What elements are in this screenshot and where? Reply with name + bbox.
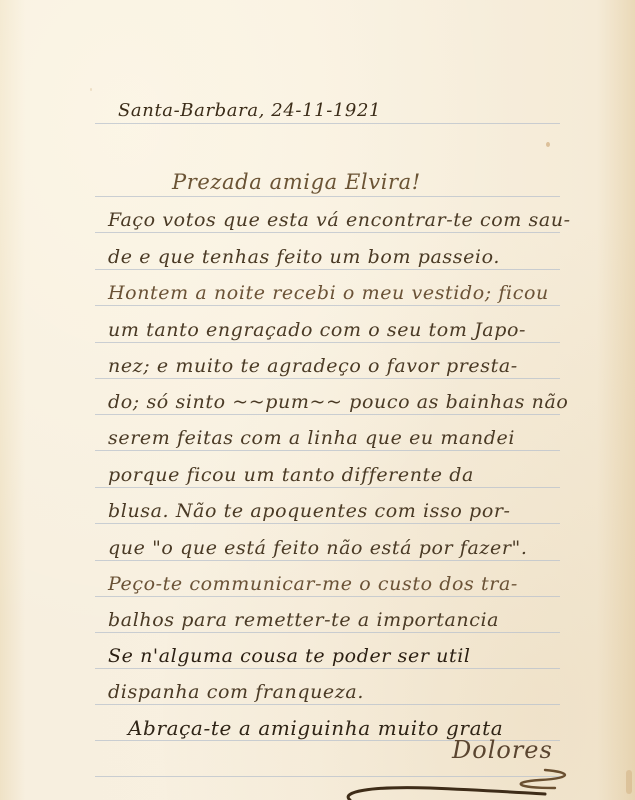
ruled-line xyxy=(95,196,560,197)
letter-body-line: Hontem a noite recebi o meu vestido; fic… xyxy=(108,281,578,305)
letter-body-line: balhos para remetter-te a importancia xyxy=(108,608,578,632)
ruled-line xyxy=(95,378,560,379)
ruled-line xyxy=(95,596,560,597)
ruled-line xyxy=(95,232,560,233)
ruled-line xyxy=(95,487,560,488)
signature-flourish-icon xyxy=(340,762,580,800)
letter-page: Santa-Barbara, 24-11-1921 Prezada amiga … xyxy=(0,0,635,800)
letter-body-line: porque ficou um tanto differente da xyxy=(108,463,578,487)
paper-stain xyxy=(90,88,92,91)
ruled-line xyxy=(95,123,560,124)
paper-stain xyxy=(626,770,632,794)
letter-date-heading: Santa-Barbara, 24-11-1921 xyxy=(118,99,588,123)
ruled-line xyxy=(95,668,560,669)
ruled-line xyxy=(95,560,560,561)
letter-body-line: que "o que está feito não está por fazer… xyxy=(108,536,578,560)
letter-body-line: do; só sinto ~~pum~~ pouco as bainhas nã… xyxy=(108,390,578,414)
ruled-line xyxy=(95,523,560,524)
ruled-line xyxy=(95,704,560,705)
letter-body-line: de e que tenhas feito um bom passeio. xyxy=(108,245,578,269)
letter-body-line: nez; e muito te agradeço o favor presta- xyxy=(108,354,578,378)
ruled-line xyxy=(95,450,560,451)
letter-body-line: um tanto engraçado com o seu tom Japo- xyxy=(108,318,578,342)
ruled-line xyxy=(95,305,560,306)
ruled-line xyxy=(95,414,560,415)
paper-stain xyxy=(546,142,550,147)
letter-body-line: serem feitas com a linha que eu mandei xyxy=(108,426,578,450)
letter-body-line: blusa. Não te apoquentes com isso por- xyxy=(108,499,578,523)
letter-body-line: Se n'alguma cousa te poder ser util xyxy=(108,644,578,668)
letter-body-line: Peço-te communicar-me o custo dos tra- xyxy=(108,572,578,596)
letter-signature: Dolores xyxy=(452,736,553,764)
letter-salutation: Prezada amiga Elvira! xyxy=(172,170,635,194)
ruled-line xyxy=(95,269,560,270)
ruled-line xyxy=(95,342,560,343)
letter-body-line: Faço votos que esta vá encontrar-te com … xyxy=(108,208,578,232)
ruled-line xyxy=(95,632,560,633)
letter-body-line: dispanha com franqueza. xyxy=(108,680,578,704)
